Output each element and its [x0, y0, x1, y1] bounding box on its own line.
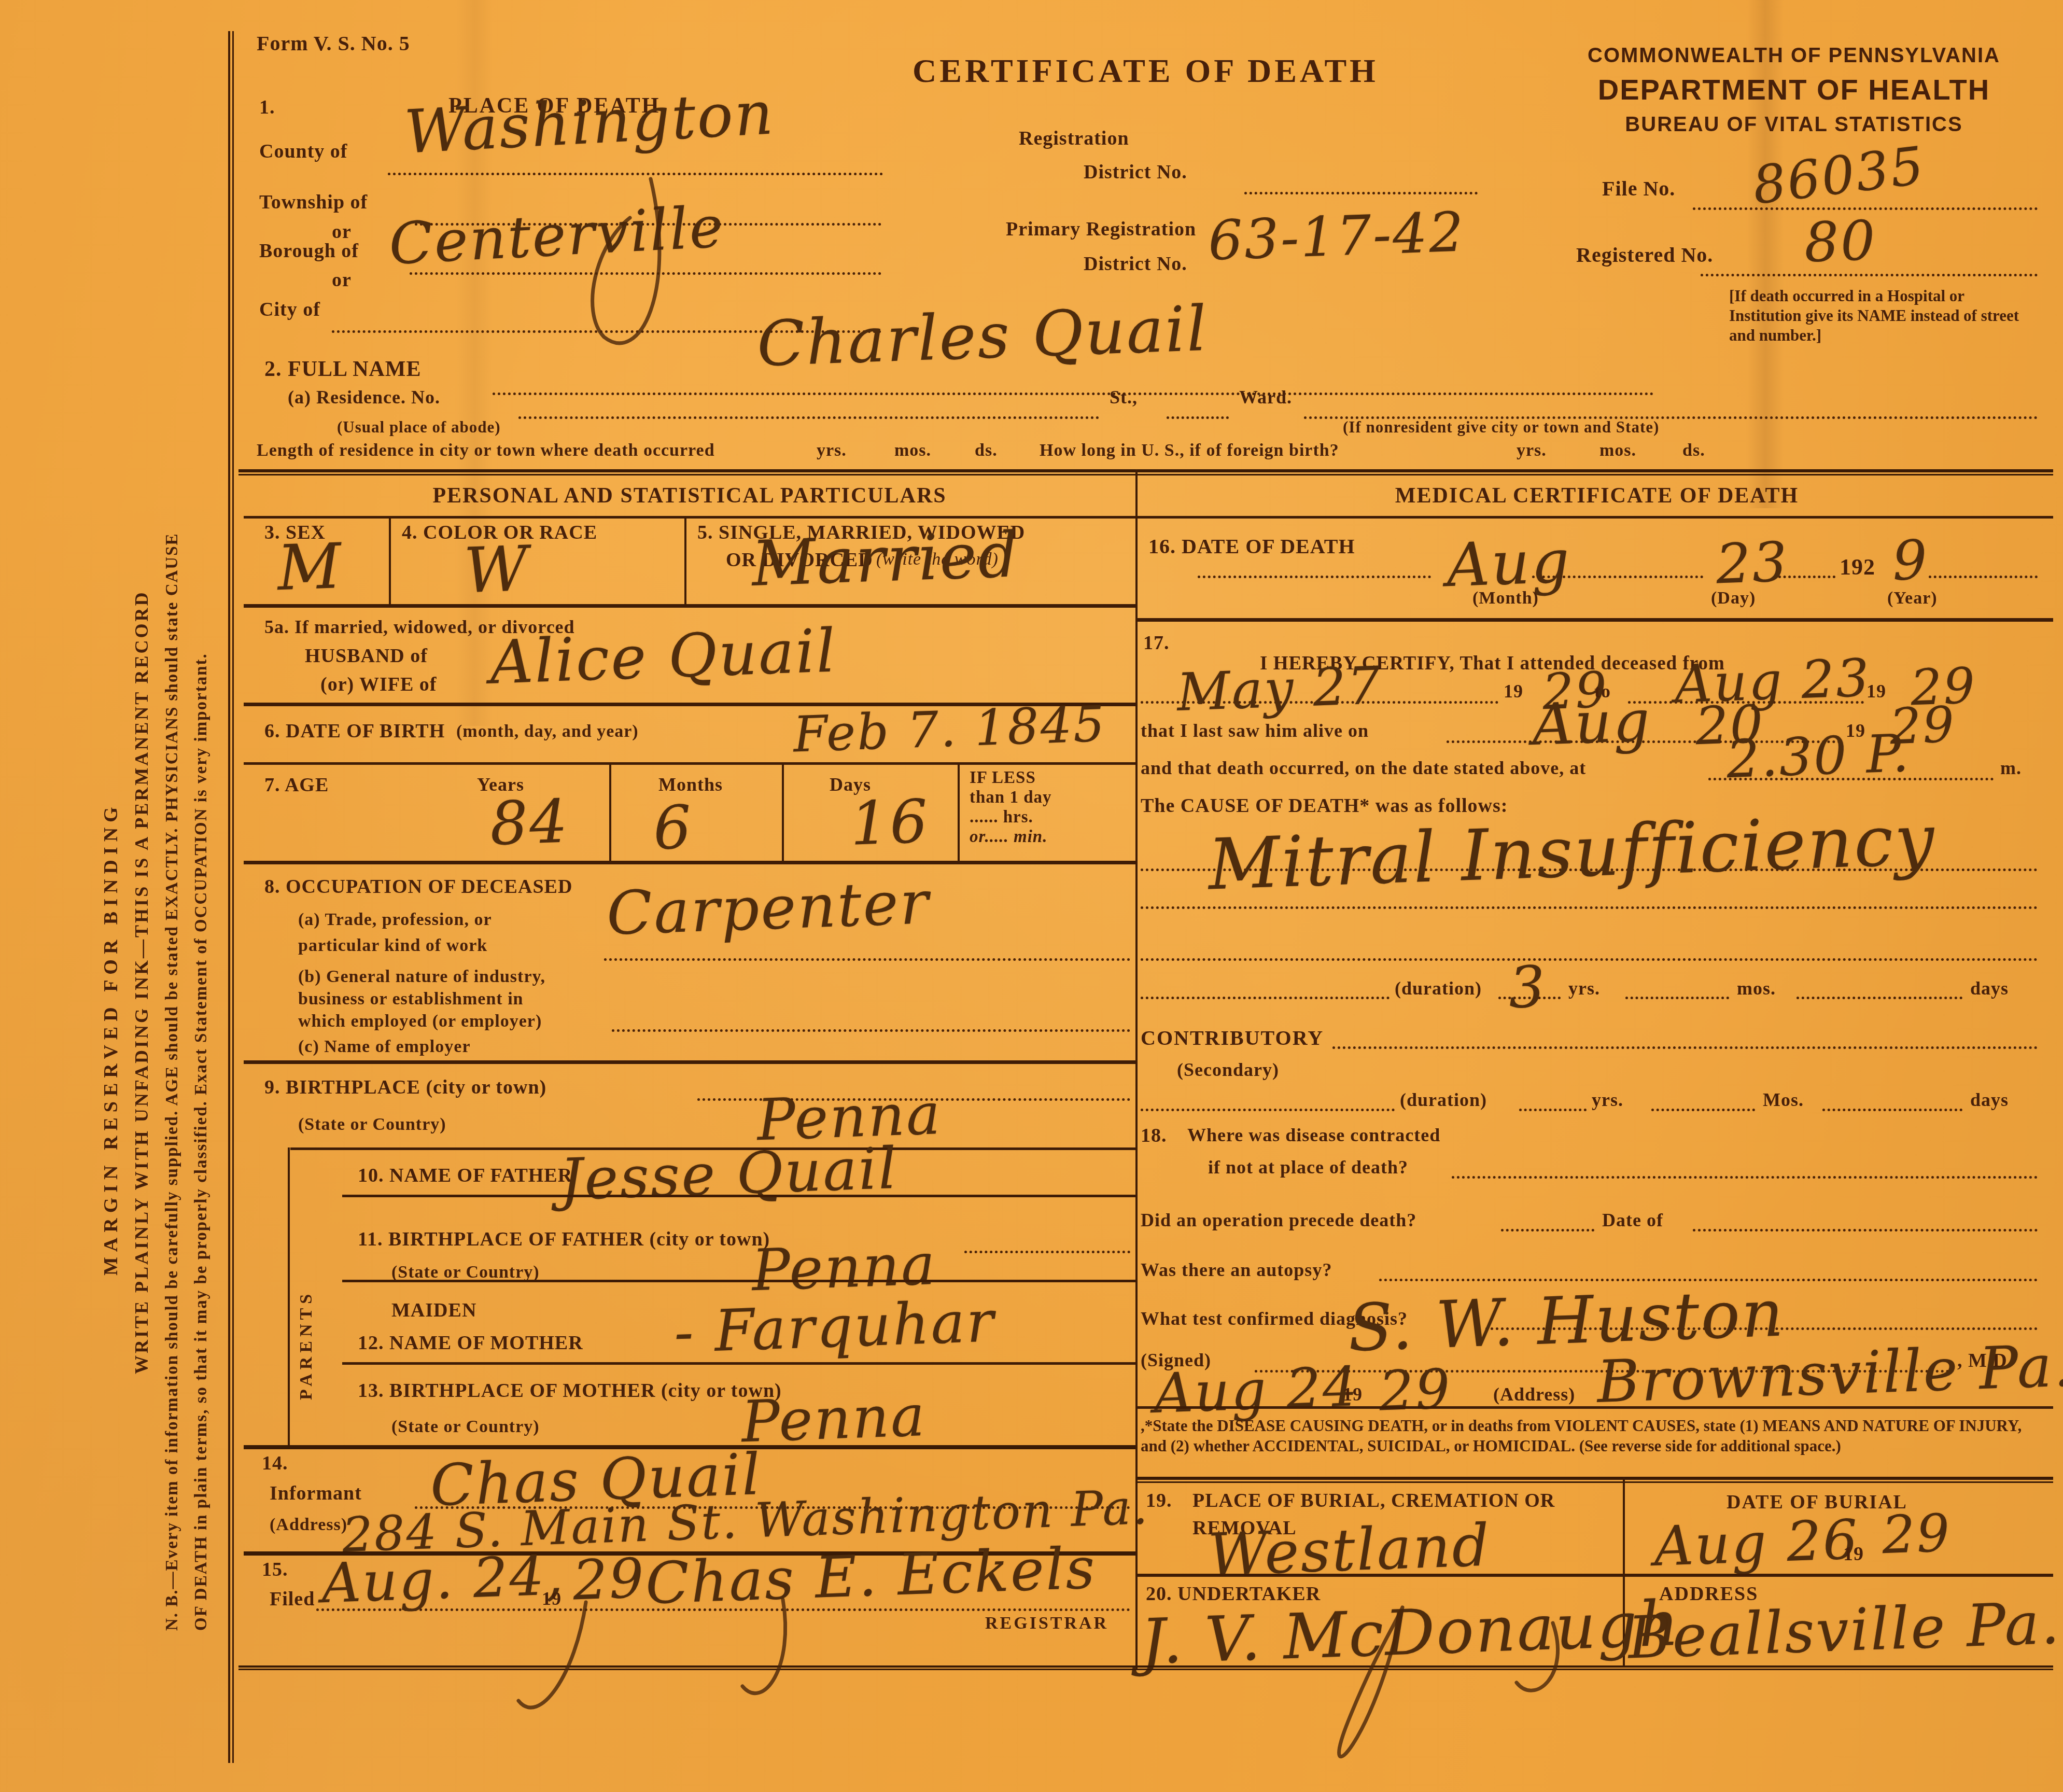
left-column-header: PERSONAL AND STATISTICAL PARTICULARS [244, 483, 1135, 508]
mother-name-label: 12. NAME OF MOTHER [358, 1332, 583, 1354]
section-divider-rule [238, 469, 2053, 475]
dotted-line [1141, 958, 2038, 961]
age-days-value: 16 [849, 787, 931, 859]
rule [342, 1362, 1135, 1365]
residence-label: (a) Residence. No. [288, 386, 440, 408]
rule [244, 516, 1135, 519]
rule [342, 1280, 1135, 1282]
duration2-mos-label: Mos. [1763, 1089, 1804, 1111]
dotted-line [1141, 1109, 1395, 1111]
duration2-yrs-label: yrs. [1592, 1089, 1623, 1111]
rule [244, 861, 1135, 864]
rule [1135, 1574, 2053, 1577]
dotted-line [518, 416, 1099, 419]
page-title: CERTIFICATE OF DEATH [913, 52, 1379, 90]
duration-days-label: days [1970, 977, 2009, 999]
registered-no-value: 80 [1803, 209, 1878, 275]
duration-yrs-label: yrs. [1568, 977, 1600, 999]
right-column-header: MEDICAL CERTIFICATE OF DEATH [1135, 483, 2058, 508]
dotted-line [604, 958, 1130, 961]
duration2-days-label: days [1970, 1089, 2009, 1111]
state-country-note: (State or Country) [298, 1115, 446, 1135]
dotted-line [1198, 576, 1431, 578]
dotted-line [1244, 192, 1478, 194]
death-occurred-label: and that death occurred, on the date sta… [1141, 757, 1586, 779]
dotted-line [388, 173, 883, 175]
county-label: County of [259, 140, 348, 163]
birthplace-label: 9. BIRTHPLACE (city or town) [264, 1076, 546, 1099]
dotted-line [1452, 1176, 2038, 1179]
printed-19: 19 [1504, 680, 1523, 702]
filed-year-tail [518, 1602, 586, 1707]
death-year-value: 9 [1891, 528, 1930, 593]
filed-label: Filed [270, 1588, 315, 1611]
cell-divider [782, 762, 784, 861]
secondary-label: (Secondary) [1177, 1059, 1279, 1081]
section-1-number: 1. [259, 96, 275, 119]
dotted-line [1929, 576, 2038, 578]
dotted-line [1167, 416, 1229, 419]
ifless-line4: or..... min. [970, 828, 1047, 847]
eckels-tail [742, 1600, 785, 1693]
registrar-label: REGISTRAR [985, 1614, 1108, 1633]
operation-label: Did an operation precede death? [1141, 1209, 1416, 1231]
date-of-death-label: 16. DATE OF DEATH [1148, 534, 1355, 558]
autopsy-label: Was there an autopsy? [1141, 1259, 1332, 1281]
signature-date-value: Aug 24 [1153, 1355, 1360, 1425]
year-sublabel: (Year) [1887, 589, 1938, 608]
death-certificate-document: MARGIN RESERVED FOR BINDING WRITE PLAINL… [0, 0, 2063, 1792]
nonresident-note: (If nonresident give city or town and St… [1343, 418, 1659, 437]
printed-19: 19 [1866, 680, 1886, 702]
dotted-line [1651, 1109, 1755, 1111]
informant-address-label: (Address) [270, 1515, 347, 1535]
burial-label-1: PLACE OF BURIAL, CREMATION OR [1192, 1489, 1555, 1512]
occupation-b1: (b) General nature of industry, [298, 967, 545, 987]
rule [244, 762, 1135, 765]
maiden-label: MAIDEN [391, 1299, 476, 1322]
parents-side-label: PARENTS [297, 1290, 316, 1400]
burial-place-value: Westland [1207, 1512, 1492, 1589]
dotted-line [493, 393, 1654, 395]
undertaker-address-value: Beallsville Pa. [1627, 1589, 2062, 1672]
occupation-value: Carpenter [606, 868, 931, 949]
dotted-line [1501, 1229, 1594, 1231]
length-residence-label: Length of residence in city or town wher… [257, 441, 715, 460]
age-years-value: 84 [489, 787, 570, 859]
father-name-value: Jesse Quail [559, 1135, 899, 1213]
cause-footnote: ,*State the DISEASE CAUSING DEATH, or in… [1141, 1416, 2043, 1456]
father-birthplace-label: 11. BIRTHPLACE OF FATHER (city or town) [358, 1228, 770, 1251]
borough-value: Centerville [387, 193, 726, 277]
primary-registration-label: Primary Registration [1006, 218, 1196, 241]
filed-number: 15. [262, 1558, 288, 1581]
margin-note-nb: N. B.—Every item of information should b… [163, 533, 182, 1631]
age-label: 7. AGE [264, 774, 329, 796]
section-18-number: 18. [1141, 1124, 1167, 1147]
dob-value: Feb 7. 1845 [792, 696, 1107, 764]
dotted-line [1822, 1109, 1962, 1111]
cell-divider [684, 516, 686, 604]
agency-department: DEPARTMENT OF HEALTH [1535, 73, 2053, 106]
agency-bureau: BUREAU OF VITAL STATISTICS [1535, 113, 2053, 136]
cell-divider [958, 762, 960, 861]
ds-label: ds. [975, 441, 998, 460]
burial-number: 19. [1146, 1489, 1172, 1512]
day-sublabel: (Day) [1711, 589, 1756, 608]
hospital-note: [If death occurred in a Hospital or Inst… [1729, 286, 2036, 345]
agency-commonwealth: COMMONWEALTH OF PENNSYLVANIA [1535, 44, 2053, 67]
yrs-label: yrs. [1517, 441, 1547, 460]
ifless-line2: than 1 day [970, 788, 1052, 807]
rule [1135, 1406, 2053, 1409]
disease-contracted-label-1: Where was disease contracted [1187, 1124, 1440, 1146]
signature-address-label: (Address) [1493, 1383, 1575, 1405]
attended-from-value: May 27 [1176, 655, 1383, 723]
occupation-a2: particular kind of work [298, 936, 487, 956]
dotted-line [1701, 274, 2038, 276]
rule [1135, 516, 2053, 519]
primary-district-label: District No. [1084, 253, 1187, 275]
binding-rule [228, 31, 234, 1763]
filed-year-value: 29 [572, 1547, 647, 1613]
death-time-value: 2.30 P. [1725, 723, 1911, 790]
duration-label: (duration) [1395, 977, 1482, 999]
burial-year-value: 29 [1881, 1503, 1952, 1566]
full-name-label: 2. FULL NAME [264, 357, 422, 382]
borough-label: Borough of [259, 240, 359, 262]
duration-mos-label: mos. [1737, 977, 1776, 999]
age-months-value: 6 [652, 793, 694, 864]
bottom-rule [238, 1665, 2053, 1670]
dotted-line [964, 1251, 1130, 1253]
spouse-value: Alice Quail [489, 616, 838, 697]
printed-19: 19 [1843, 1543, 1864, 1565]
dotted-line [1141, 997, 1390, 999]
state-country-note: (State or Country) [391, 1417, 540, 1437]
township-label: Township of [259, 191, 368, 214]
or-word: or [332, 269, 352, 291]
dotted-line [1625, 997, 1729, 999]
month-sublabel: (Month) [1472, 589, 1539, 608]
dotted-line [1797, 997, 1962, 999]
abode-note: (Usual place of abode) [337, 418, 501, 437]
rule [244, 1060, 1135, 1064]
mother-name-value: - Farquhar [673, 1288, 997, 1366]
form-number: Form V. S. No. 5 [257, 31, 410, 55]
street-label: St., [1110, 386, 1138, 408]
disease-contracted-label-2: if not at place of death? [1208, 1156, 1408, 1178]
dotted-line [1141, 906, 2038, 909]
death-day-value: 23 [1715, 530, 1790, 596]
dob-note: (month, day, and year) [456, 722, 639, 741]
registration-district-label: District No. [1084, 161, 1187, 184]
duration-label-2: (duration) [1400, 1089, 1487, 1111]
cell-divider [609, 762, 611, 861]
informant-label: Informant [270, 1482, 362, 1505]
dob-label: 6. DATE OF BIRTH [264, 720, 445, 743]
operation-date-label: Date of [1602, 1209, 1663, 1231]
spouse-label-3: (or) WIFE of [320, 673, 437, 696]
margin-note-binding: MARGIN RESERVED FOR BINDING [100, 802, 122, 1276]
marital-value: Married [751, 519, 1021, 600]
registration-label: Registration [1019, 127, 1129, 150]
mos-label: mos. [1599, 441, 1636, 460]
parents-box-rule [288, 1147, 290, 1445]
informant-number: 14. [262, 1452, 288, 1475]
last-saw-label: that I last saw him alive on [1141, 720, 1369, 741]
occupation-a1: (a) Trade, profession, or [298, 910, 492, 930]
section-17-number: 17. [1143, 632, 1170, 654]
file-no-label: File No. [1602, 176, 1675, 201]
mother-birthplace-value: Penna [740, 1382, 928, 1455]
ds-label: ds. [1682, 441, 1705, 460]
rule [1135, 1477, 2053, 1483]
sex-value: M [276, 530, 344, 605]
filed-date-value: Aug. 24, [320, 1544, 565, 1615]
race-value: W [463, 533, 531, 607]
ifless-line1: IF LESS [970, 768, 1036, 788]
last-saw-month: Aug [1531, 688, 1652, 758]
occupation-b2: business or establishment in [298, 989, 524, 1009]
cell-divider [389, 516, 391, 604]
rule [342, 1195, 1135, 1197]
father-name-label: 10. NAME OF FATHER [358, 1164, 572, 1187]
mos-label: mos. [894, 441, 931, 460]
duration-years-value: 3 [1508, 954, 1548, 1021]
mother-birthplace-label: 13. BIRTHPLACE OF MOTHER (city or town) [358, 1379, 782, 1402]
dotted-line [1693, 1229, 2038, 1231]
dotted-line [1519, 1109, 1587, 1111]
dotted-line [612, 1029, 1130, 1032]
contributory-label: CONTRIBUTORY [1141, 1026, 1324, 1050]
city-label: City of [259, 298, 320, 321]
rule [1135, 618, 2053, 622]
ward-label: Ward. [1239, 386, 1292, 408]
dotted-line [1332, 1046, 2038, 1049]
occupation-c: (c) Name of employer [298, 1037, 470, 1057]
occupation-b3: which employed (or employer) [298, 1012, 542, 1031]
full-name-value: Charles Quail [756, 293, 1209, 381]
filed-19-printed: 19 [542, 1588, 562, 1609]
how-long-us-label: How long in U. S., if of foreign birth? [1040, 441, 1339, 460]
margin-note-occupation: OF DEATH in plain terms, so that it may … [192, 653, 211, 1631]
registered-no-label: Registered No. [1576, 243, 1713, 267]
burial-date-value: Aug 26 [1653, 1508, 1860, 1578]
signature-year-value: 29 [1378, 1357, 1453, 1423]
year-192-printed: 192 [1840, 554, 1875, 580]
m-label: m. [2000, 757, 2022, 779]
spouse-label-2: HUSBAND of [305, 645, 428, 667]
printed-19: 19 [1343, 1383, 1363, 1405]
ifless-line3: ...... hrs. [970, 808, 1033, 827]
occupation-label: 8. OCCUPATION OF DECEASED [264, 875, 572, 898]
age-months-header: Months [658, 774, 723, 795]
margin-note-ink: WRITE PLAINLY WITH UNFADING INK—THIS IS … [131, 590, 152, 1374]
cause-of-death-label: The CAUSE OF DEATH* was as follows: [1141, 794, 1508, 817]
primary-district-value: 63-17-42 [1207, 200, 1466, 272]
yrs-label: yrs. [817, 441, 847, 460]
rule [244, 604, 1135, 608]
